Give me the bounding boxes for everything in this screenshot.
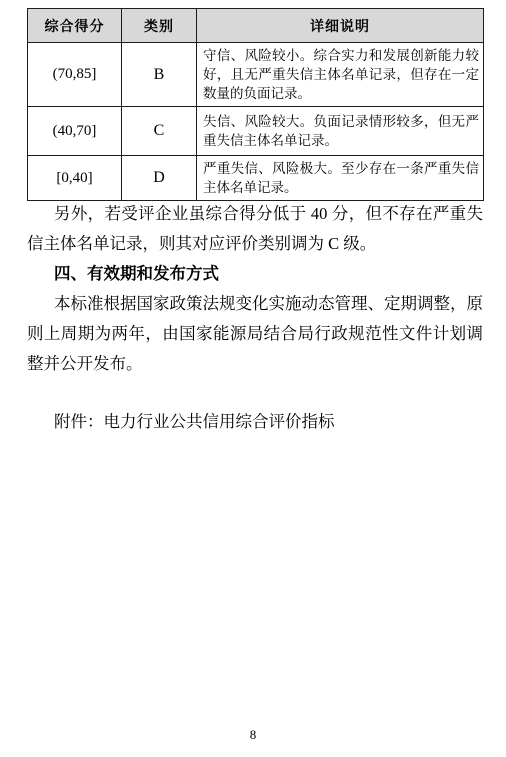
score-range: (70,85] xyxy=(28,43,122,107)
document-body: 另外，若受评企业虽综合得分低于 40 分，但不存在严重失信主体名单记录，则其对应… xyxy=(27,199,483,437)
category-grade: D xyxy=(122,156,197,201)
attachment-reference: 附件：电力行业公共信用综合评价指标 xyxy=(27,407,483,437)
score-range: (40,70] xyxy=(28,107,122,156)
detail-description: 失信、风险较大。负面记录情形较多，但无严重失信主体名单记录。 xyxy=(197,107,484,156)
header-detail: 详细说明 xyxy=(197,9,484,43)
table-row: (40,70] C 失信、风险较大。负面记录情形较多，但无严重失信主体名单记录。 xyxy=(28,107,484,156)
category-grade: B xyxy=(122,43,197,107)
paragraph-validity-period: 本标准根据国家政策法规变化实施动态管理、定期调整，原则上周期为两年，由国家能源局… xyxy=(27,289,483,379)
rating-category-table: 综合得分 类别 详细说明 (70,85] B 守信、风险较小。综合实力和发展创新… xyxy=(27,8,484,201)
header-score: 综合得分 xyxy=(28,9,122,43)
detail-description: 守信、风险较小。综合实力和发展创新能力较好，且无严重失信主体名单记录，但存在一定… xyxy=(197,43,484,107)
page-number: 8 xyxy=(0,727,506,743)
category-grade: C xyxy=(122,107,197,156)
table-header-row: 综合得分 类别 详细说明 xyxy=(28,9,484,43)
paragraph-adjustment-note: 另外，若受评企业虽综合得分低于 40 分，但不存在严重失信主体名单记录，则其对应… xyxy=(27,199,483,259)
table-row: (70,85] B 守信、风险较小。综合实力和发展创新能力较好，且无严重失信主体… xyxy=(28,43,484,107)
section-heading: 四、有效期和发布方式 xyxy=(27,259,483,289)
score-range: [0,40] xyxy=(28,156,122,201)
table-row: [0,40] D 严重失信、风险极大。至少存在一条严重失信主体名单记录。 xyxy=(28,156,484,201)
document-page: 综合得分 类别 详细说明 (70,85] B 守信、风险较小。综合实力和发展创新… xyxy=(0,0,506,757)
header-category: 类别 xyxy=(122,9,197,43)
detail-description: 严重失信、风险极大。至少存在一条严重失信主体名单记录。 xyxy=(197,156,484,201)
